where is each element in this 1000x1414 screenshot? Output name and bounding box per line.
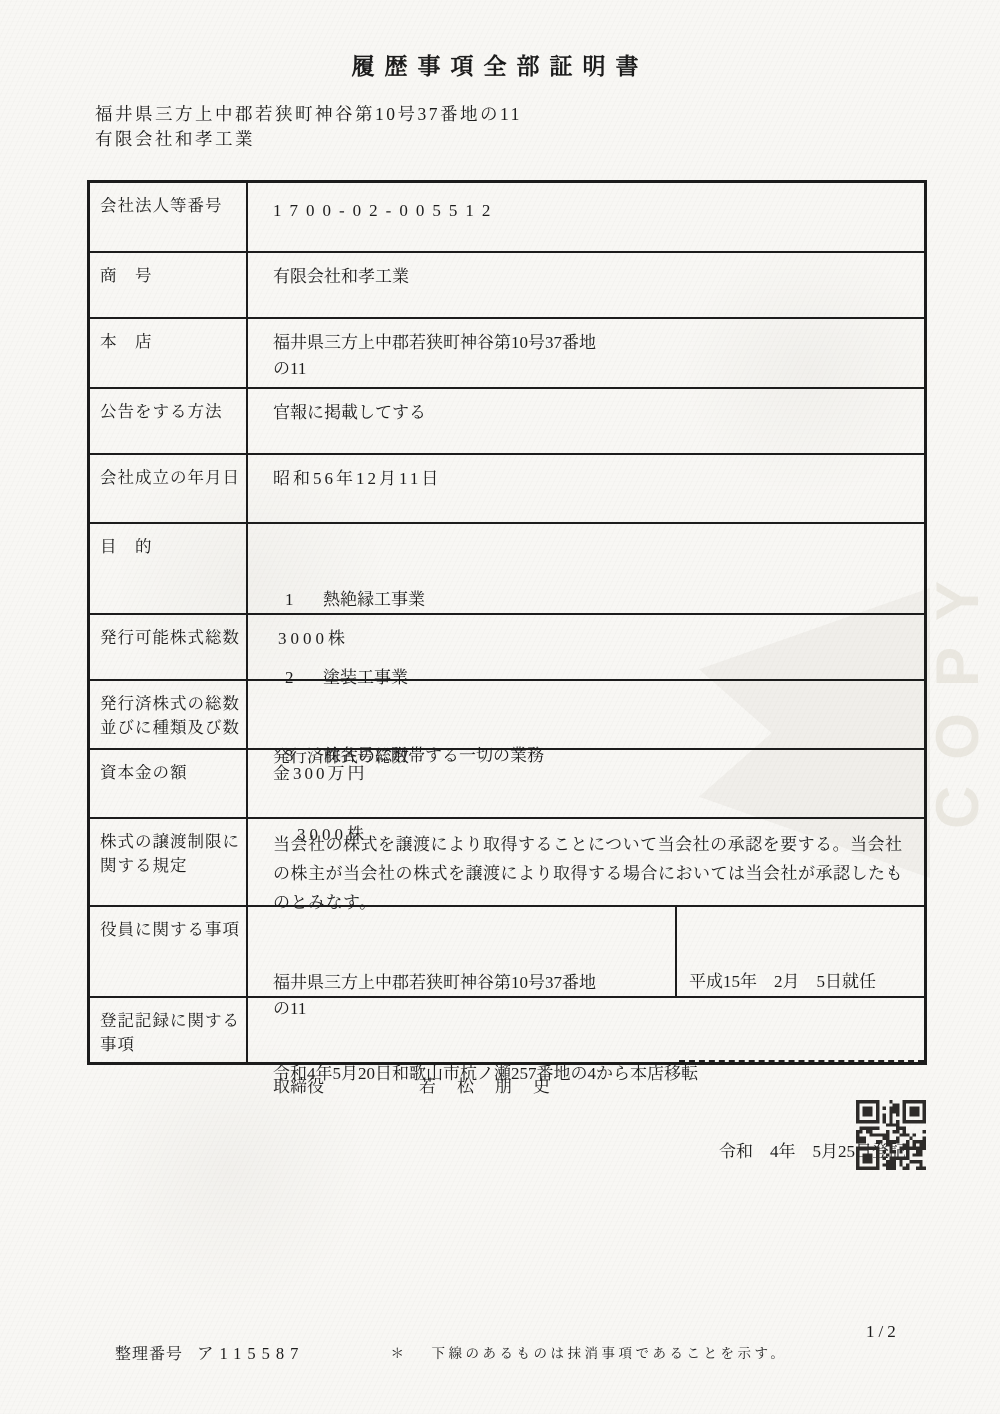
document-title: 履歴事項全部証明書 (0, 48, 1000, 81)
row-label: 会社成立の年月日 (90, 455, 248, 522)
serial-value: ア115587 (197, 1344, 304, 1363)
row-label: 発行可能株式総数 (90, 615, 248, 679)
registry-table: 会社法人等番号 1700-02-005512 商 号 有限会社和孝工業 本 店 … (87, 180, 927, 1065)
authorized-shares-value: 3000株 (248, 615, 924, 679)
capital-value: 金300万円 (248, 750, 924, 817)
row-label: 本 店 (90, 319, 248, 387)
asterisk-mark: ＊ (391, 1346, 408, 1361)
row-label: 資本金の額 (90, 750, 248, 817)
issued-shares-value: 発行済株式の総数 3000株 (248, 681, 924, 748)
public-notice-value: 官報に掲載してする (248, 389, 924, 453)
anti-copy-watermark: COPY (918, 512, 998, 872)
serial-label: 整理番号 (115, 1346, 183, 1363)
head-office-value: 福井県三方上中郡若狭町神谷第10号37番地 の11 (248, 319, 924, 387)
table-row-share-transfer-restriction: 株式の譲渡制限に 関する規定 当会社の株式を譲渡により取得することについて当会社… (90, 817, 924, 905)
table-row-registry-record: 登記記録に関する 事項 令和4年5月20日和歌山市杭ノ瀬257番地の4から本店移… (90, 996, 924, 1062)
officer-date-cell: 平成15年 2月 5日就任 (677, 907, 924, 996)
corporate-number-value: 1700-02-005512 (248, 183, 924, 251)
footer-note: ＊下線のあるものは抹消事項であることを示す。 (363, 1326, 787, 1378)
table-row-issued-shares: 発行済株式の総数 並びに種類及び数 発行済株式の総数 3000株 (90, 679, 924, 748)
note-text: 下線のあるものは抹消事項であることを示す。 (432, 1346, 788, 1361)
page-number: 1/2 (866, 1322, 900, 1342)
registry-record-line1: 令和4年5月20日和歌山市杭ノ瀬257番地の4から本店移転 (273, 1061, 912, 1087)
row-label: 目 的 (90, 524, 248, 613)
table-row-public-notice: 公告をする方法 官報に掲載してする (90, 387, 924, 453)
company-name-header: 有限会社和孝工業 (95, 126, 255, 151)
qr-code-icon (856, 1100, 926, 1170)
row-label: 登記記録に関する 事項 (90, 998, 248, 1062)
table-row-capital: 資本金の額 金300万円 (90, 748, 924, 817)
trade-name-value: 有限会社和孝工業 (248, 253, 924, 317)
row-label: 発行済株式の総数 並びに種類及び数 (90, 681, 248, 748)
table-row-officers: 役員に関する事項 福井県三方上中郡若狭町神谷第10号37番地 の11 取締役 若… (90, 905, 924, 996)
purpose-value: 1 熱絶縁工事業 2 塗装工事業 3 前各号に附帯する一切の業務 (248, 524, 924, 613)
officer-appointment-date: 平成15年 2月 5日就任 (689, 969, 916, 995)
row-label: 公告をする方法 (90, 389, 248, 453)
serial-number: 整理番号ア115587 (95, 1322, 304, 1382)
row-label: 株式の譲渡制限に 関する規定 (90, 819, 248, 905)
registry-record-line2: 令和 4年 5月25日登記 (273, 1139, 912, 1165)
purpose-item: 1 熱絶縁工事業 (273, 587, 912, 613)
certificate-page: COPY 履歴事項全部証明書 福井県三方上中郡若狭町神谷第10号37番地の11 … (0, 0, 1000, 1414)
table-row-trade-name: 商 号 有限会社和孝工業 (90, 251, 924, 317)
share-transfer-restriction-value: 当会社の株式を譲渡により取得することについて当会社の承認を要する。当会社の株主が… (248, 819, 924, 905)
company-address-header: 福井県三方上中郡若狭町神谷第10号37番地の11 (95, 101, 522, 126)
table-row-authorized-shares: 発行可能株式総数 3000株 (90, 613, 924, 679)
registry-record-value: 令和4年5月20日和歌山市杭ノ瀬257番地の4から本店移転 令和 4年 5月25… (248, 998, 924, 1062)
row-label: 役員に関する事項 (90, 907, 248, 996)
row-label: 会社法人等番号 (90, 183, 248, 251)
incorporation-date-value: 昭和56年12月11日 (248, 455, 924, 522)
table-row-purpose: 目 的 1 熱絶縁工事業 2 塗装工事業 3 前各号に附帯する一切の業務 (90, 522, 924, 613)
table-row-corporate-number: 会社法人等番号 1700-02-005512 (90, 183, 924, 251)
purpose-text: 熱絶縁工事業 (323, 587, 425, 613)
officers-value: 福井県三方上中郡若狭町神谷第10号37番地 の11 取締役 若 松 朋 史 平成… (248, 907, 924, 996)
table-row-head-office: 本 店 福井県三方上中郡若狭町神谷第10号37番地 の11 (90, 317, 924, 387)
table-row-incorporation-date: 会社成立の年月日 昭和56年12月11日 (90, 453, 924, 522)
officer-detail-cell: 福井県三方上中郡若狭町神谷第10号37番地 の11 取締役 若 松 朋 史 (248, 907, 677, 996)
row-label: 商 号 (90, 253, 248, 317)
purpose-number: 1 (285, 587, 299, 613)
